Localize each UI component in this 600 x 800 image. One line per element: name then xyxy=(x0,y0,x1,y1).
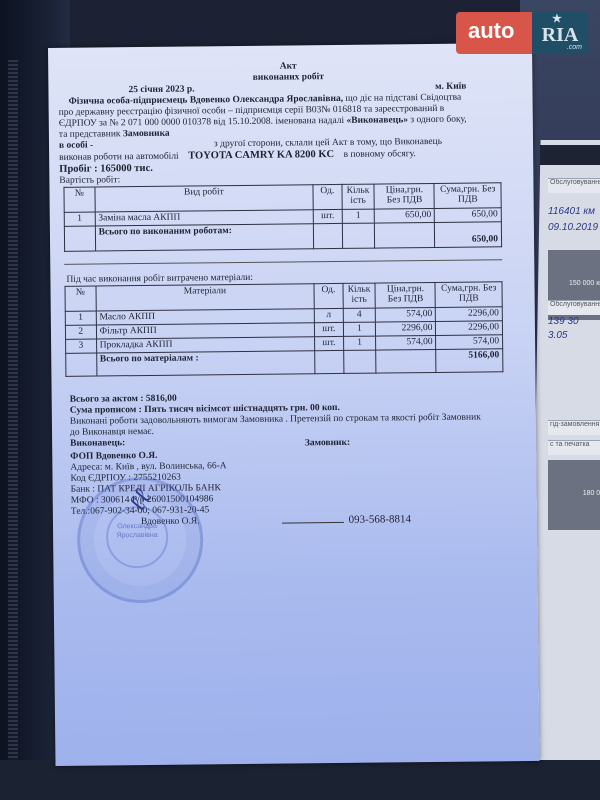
contractor-label: Виконавець: xyxy=(70,438,125,452)
materials-total-row: Всього по матеріалам : 5166,00 xyxy=(66,349,503,377)
booklet-handwritten: 09.10.2019 xyxy=(548,222,598,233)
booklet-label: с та печатка xyxy=(548,440,600,455)
doc-city: м. Київ xyxy=(435,82,466,93)
background-bottom xyxy=(0,760,600,800)
divider xyxy=(64,259,502,265)
car-model-plate: TOYOTA CAMRY KA 8200 KC xyxy=(188,149,334,162)
customer-label: Замовник: xyxy=(305,438,350,449)
customer-phone: 093-568-8814 xyxy=(349,513,411,526)
doc-date: 25 січня 2023 р. xyxy=(128,84,194,96)
works-total: 650,00 xyxy=(435,222,502,248)
booklet-handwritten: 3.05 xyxy=(548,330,567,341)
zipper xyxy=(8,60,18,760)
booklet-handwritten: 139 30 xyxy=(548,316,579,327)
booklet-handwritten: 116401 км xyxy=(548,206,595,217)
booklet-label: гід-замовлення xyxy=(548,420,600,435)
booklet-label: Обслуговування xyxy=(548,300,600,315)
star-icon: ★ xyxy=(552,12,562,25)
booklet-label: Обслуговування xyxy=(548,178,600,193)
booklet-gray-box: 180 000 xyxy=(548,460,600,530)
works-table: № Вид робіт Од. Кільк ість Ціна,грн. Без… xyxy=(63,182,502,252)
materials-table: № Матеріали Од. Кільк ість Ціна,грн. Без… xyxy=(64,281,503,377)
autoria-watermark: auto ★ RIA .com xyxy=(456,12,588,54)
act-document: Акт виконаних робіт 25 січня 2023 р. м. … xyxy=(48,43,539,766)
works-total-row: Всього по виконаним роботам: 650,00 xyxy=(64,222,501,252)
materials-total: 5166,00 xyxy=(436,349,503,373)
